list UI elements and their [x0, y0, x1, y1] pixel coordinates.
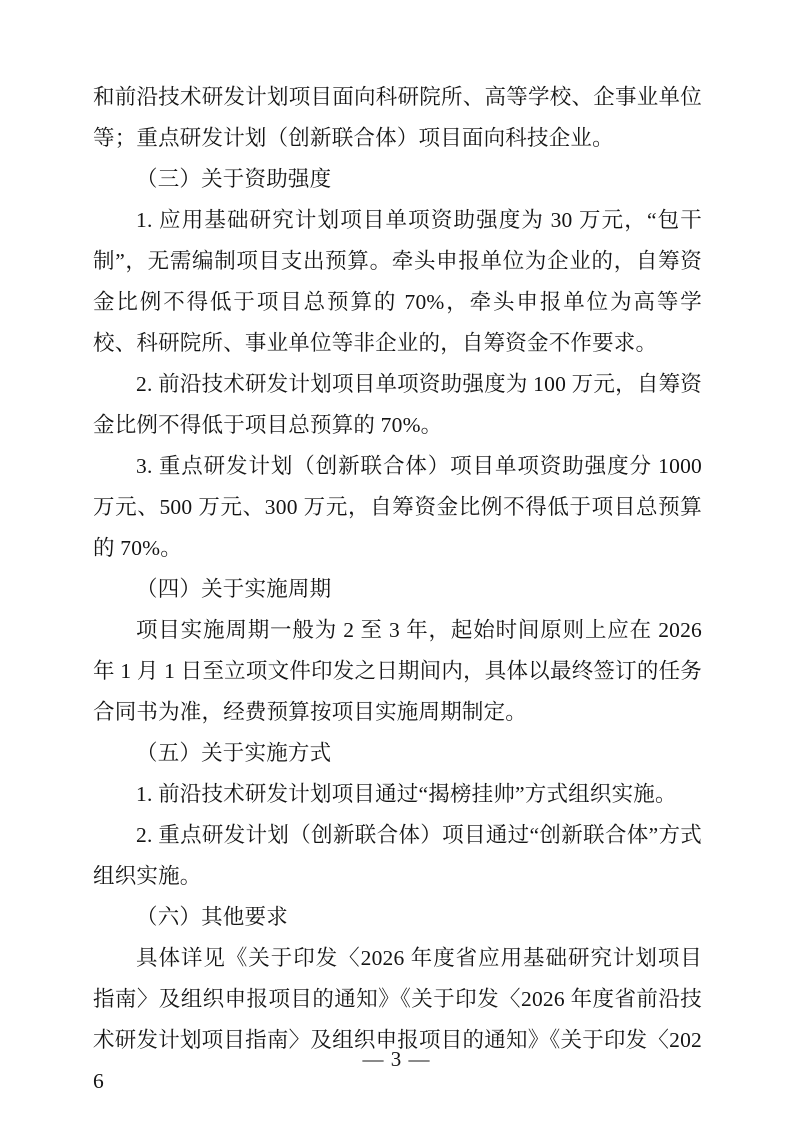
numbered-item-2: 2. 前沿技术研发计划项目单项资助强度为 100 万元，自筹资金比例不得低于项目…	[93, 364, 702, 446]
numbered-item-method-2: 2. 重点研发计划（创新联合体）项目通过“创新联合体”方式组织实施。	[93, 815, 702, 897]
numbered-item-1: 1. 应用基础研究计划项目单项资助强度为 30 万元，“包干制”，无需编制项目支…	[93, 200, 702, 364]
section-heading-4: （四）关于实施周期	[93, 569, 702, 610]
section-heading-3: （三）关于资助强度	[93, 159, 702, 200]
numbered-item-method-1: 1. 前沿技术研发计划项目通过“揭榜挂帅”方式组织实施。	[93, 774, 702, 815]
body-paragraph-references: 具体详见《关于印发〈2026 年度省应用基础研究计划项目指南〉及组织申报项目的通…	[93, 938, 702, 1102]
section-heading-6: （六）其他要求	[93, 897, 702, 938]
body-paragraph-continuation: 和前沿技术研发计划项目面向科研院所、高等学校、企事业单位等；重点研发计划（创新联…	[93, 77, 702, 159]
numbered-item-3: 3. 重点研发计划（创新联合体）项目单项资助强度分 1000 万元、500 万元…	[93, 446, 702, 569]
page-number: — 3 —	[363, 1047, 431, 1071]
page-footer: — 3 —	[0, 1044, 793, 1074]
document-page: 和前沿技术研发计划项目面向科研院所、高等学校、企事业单位等；重点研发计划（创新联…	[0, 0, 793, 1122]
body-paragraph-period: 项目实施周期一般为 2 至 3 年，起始时间原则上应在 2026 年 1 月 1…	[93, 610, 702, 733]
section-heading-5: （五）关于实施方式	[93, 733, 702, 774]
document-body: 和前沿技术研发计划项目面向科研院所、高等学校、企事业单位等；重点研发计划（创新联…	[93, 77, 702, 1102]
